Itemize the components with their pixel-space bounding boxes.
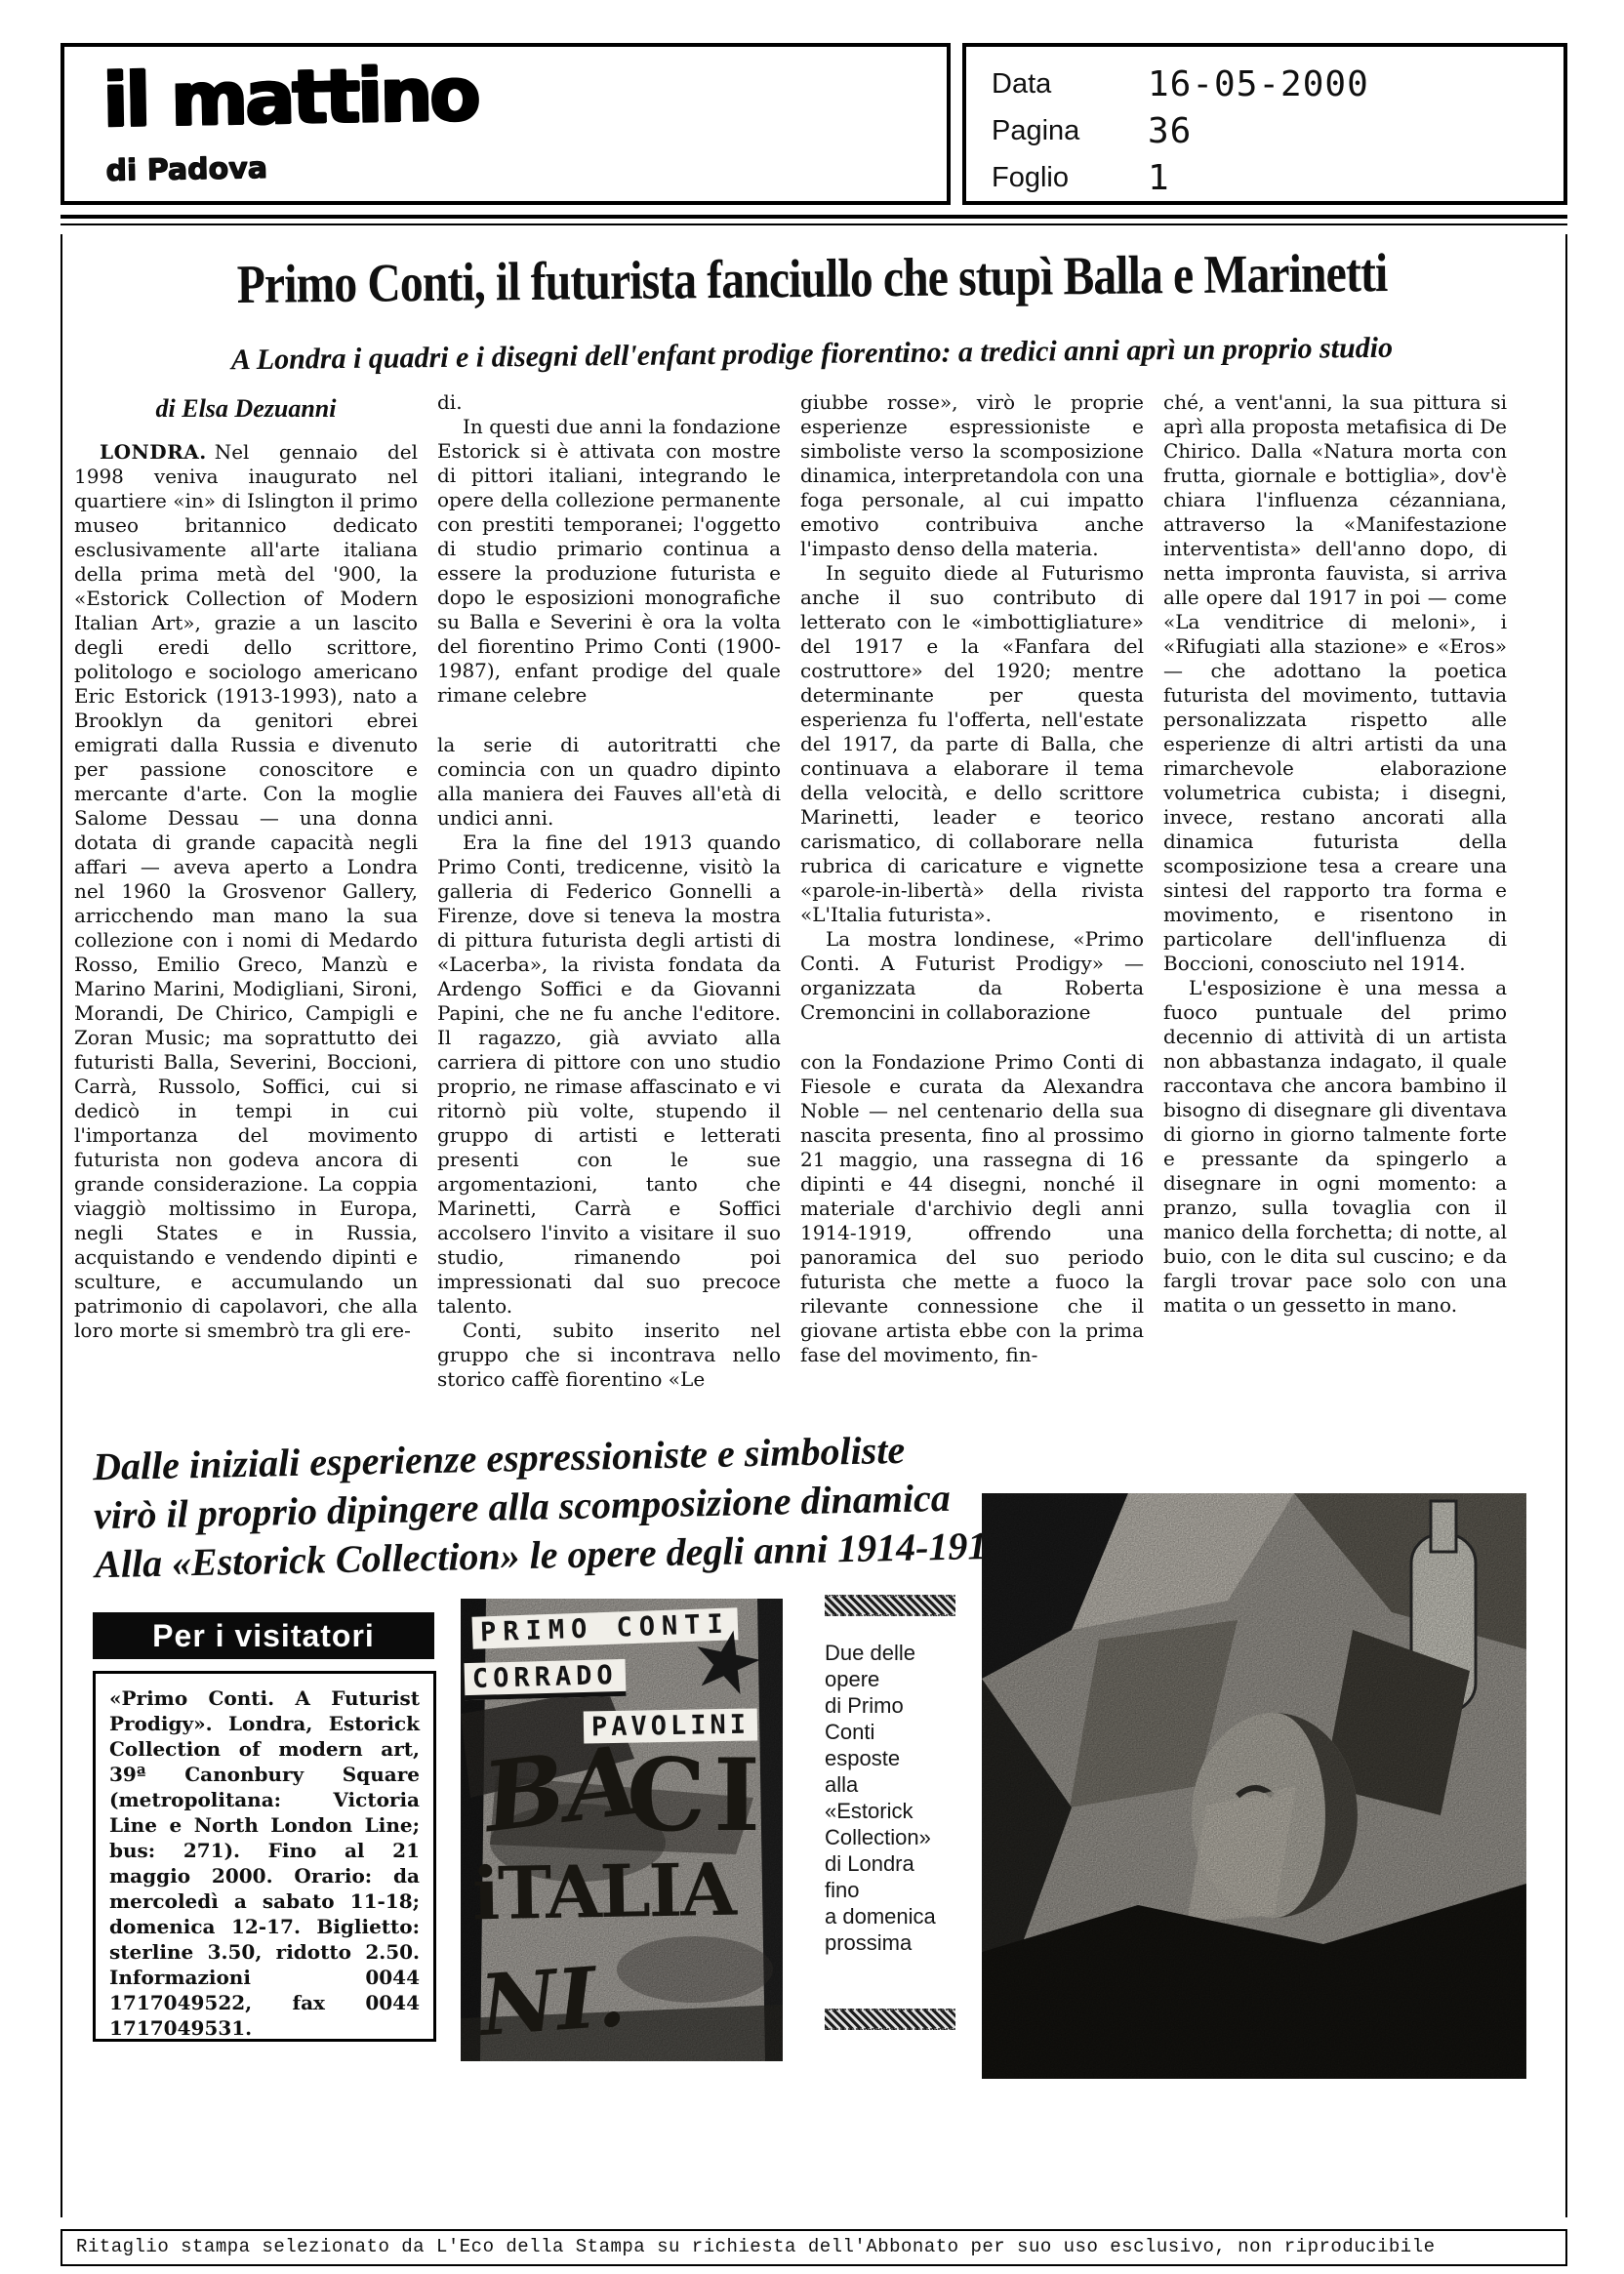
hatch-bar-bottom (825, 2009, 955, 2030)
column-4: ché, a vent'anni, la sua pittura si aprì… (1163, 390, 1507, 1413)
poster-text-corrado: CORRADO (465, 1659, 627, 1700)
meta-row-pagina: Pagina 36 (992, 107, 1563, 154)
painting-graphic (982, 1493, 1526, 2079)
paragraph: di. (437, 390, 781, 415)
byline: di Elsa Dezuanni (74, 396, 418, 421)
column-1: di Elsa Dezuanni LONDRA.Nel gennaio del … (74, 390, 418, 1413)
meta-label-data: Data (992, 68, 1148, 101)
meta-value-foglio: 1 (1148, 158, 1170, 198)
exhibit-caption: Due delle opere di Primo Conti esposte a… (825, 1595, 973, 1956)
caption-text: Due delle opere di Primo Conti esposte a… (825, 1640, 973, 1956)
meta-label-pagina: Pagina (992, 115, 1148, 147)
meta-value-data: 16-05-2000 (1148, 64, 1369, 104)
masthead-title: il mattino (101, 50, 477, 143)
poster-text-ba: BA (478, 1725, 646, 1855)
meta-row-foglio: Foglio 1 (992, 154, 1563, 201)
painting-artwork-image (982, 1493, 1526, 2079)
poster-text-italia: iTALIA (471, 1848, 735, 1937)
masthead-box: il mattino di Padova (61, 43, 951, 205)
paragraph: In seguito diede al Futurismo anche il s… (800, 561, 1144, 927)
paragraph: con la Fondazione Primo Conti di Fiesole… (800, 1050, 1144, 1367)
masthead-subtitle: di Padova (105, 151, 267, 188)
header-rule-thick (61, 215, 1567, 219)
article-headline: Primo Conti, il futurista fanciullo che … (198, 242, 1426, 317)
paragraph: giubbe rosse», virò le proprie esperienz… (800, 390, 1144, 561)
poster-text-ci: CI (627, 1737, 768, 1854)
header-rule-thin (61, 223, 1567, 225)
paragraph: La mostra londinese, «Primo Conti. A Fut… (800, 927, 1144, 1025)
meta-label-foglio: Foglio (992, 162, 1148, 194)
column-2: di. In questi due anni la fondazione Est… (437, 390, 781, 1413)
pull-quote: Dalle iniziali esperienze espressioniste… (93, 1423, 1052, 1589)
meta-value-pagina: 36 (1148, 111, 1192, 151)
clipping-meta-box: Data 16-05-2000 Pagina 36 Foglio 1 (962, 43, 1567, 205)
visitors-info-box: «Primo Conti. A Futurist Prodigy». Londr… (93, 1671, 436, 2042)
meta-row-data: Data 16-05-2000 (992, 61, 1563, 107)
dateline: LONDRA. (100, 440, 207, 464)
paragraph: Conti, subito inserito nel gruppo che si… (437, 1319, 781, 1392)
paragraph: LONDRA.Nel gennaio del 1998 veniva inaug… (74, 440, 418, 1343)
footer-strip: Ritaglio stampa selezionato da L'Eco del… (61, 2229, 1567, 2266)
poster-artwork-image: PRIMO CONTI CORRADO ★ PAVOLINI BA CI iTA… (461, 1599, 783, 2061)
poster-text-ni: NI. (477, 1947, 629, 2055)
press-clipping-page: il mattino di Padova Data 16-05-2000 Pag… (0, 0, 1624, 2274)
article-body: di Elsa Dezuanni LONDRA.Nel gennaio del … (74, 390, 1538, 1413)
paragraph-text: Nel gennaio del 1998 veniva inaugurato n… (74, 440, 418, 1342)
paragraph: ché, a vent'anni, la sua pittura si aprì… (1163, 390, 1507, 976)
paragraph: In questi due anni la fondazione Estoric… (437, 415, 781, 708)
paragraph: la serie di autoritratti che comincia co… (437, 733, 781, 831)
hatch-bar-top (825, 1595, 955, 1616)
paragraph: L'esposizione è una messa a fuoco puntua… (1163, 976, 1507, 1318)
visitors-header-bar: Per i visitatori (93, 1612, 434, 1659)
paragraph: Era la fine del 1913 quando Primo Conti,… (437, 831, 781, 1319)
column-3: giubbe rosse», virò le proprie esperienz… (800, 390, 1144, 1413)
